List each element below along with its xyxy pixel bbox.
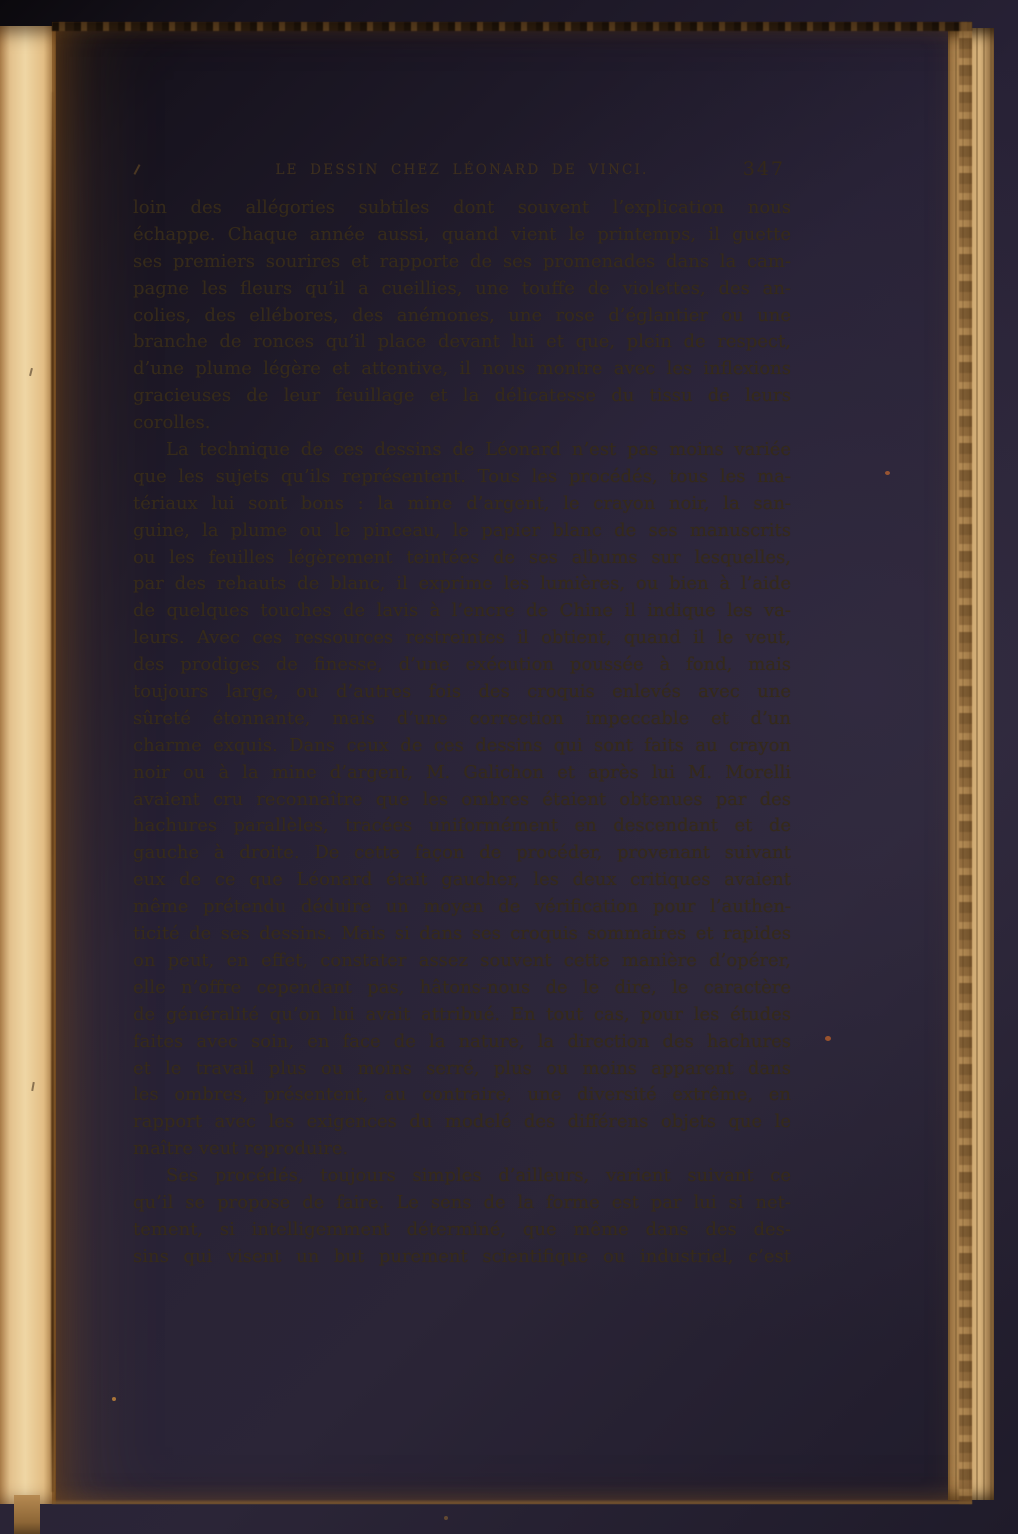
text-line: branche de ronces qu’il place devant lui…	[133, 329, 791, 356]
text-line: leurs. Avec ces ressources restreintes i…	[133, 625, 791, 652]
text-line: toujours large, ou d’autres fois des cro…	[133, 679, 791, 706]
text-line: par des rehauts de blanc, il exprime les…	[133, 571, 791, 598]
running-head: LE DESSIN CHEZ LÉONARD DE VINCI. 347	[133, 158, 791, 184]
text-line: d’une plume légère et attentive, il nous…	[133, 356, 791, 383]
text-line: et le travail plus ou moins serré, plus …	[133, 1056, 791, 1083]
text-line: les ombres, présentent, au contraire, un…	[133, 1082, 791, 1109]
text-line: que les sujets qu’ils représentent. Tous…	[133, 464, 791, 491]
page-top-edge	[52, 22, 972, 31]
text-line: La technique de ces dessins de Léonard n…	[133, 437, 791, 464]
text-line: loin des allégories subtiles dont souven…	[133, 195, 791, 222]
text-line: guine, la plume ou le pinceau, le papier…	[133, 518, 791, 545]
body-text: loin des allégories subtiles dont souven…	[133, 195, 791, 1271]
running-head-title: LE DESSIN CHEZ LÉONARD DE VINCI.	[133, 162, 791, 178]
text-line: sûreté étonnante, mais d’une correction …	[133, 706, 791, 733]
page-number: 347	[743, 158, 785, 180]
previous-page-corner-sliver	[14, 1495, 40, 1534]
text-line: faites avec soin, en face de la nature, …	[133, 1029, 791, 1056]
gutter-crease	[51, 92, 54, 1492]
text-line: elle n’offre cependant pas, hâtons-nous …	[133, 975, 791, 1002]
paper-speck	[112, 1397, 116, 1401]
text-line: Ses procédés, toujours simples d’ailleur…	[133, 1163, 791, 1190]
page-bottom-edge	[52, 1500, 972, 1504]
text-line: de quelques touches de lavis à l’encre d…	[133, 598, 791, 625]
text-line: avaient cru reconnaître que les ombres é…	[133, 787, 791, 814]
text-line: hachures parallèles, tracées uniformémen…	[133, 813, 791, 840]
paper-speck	[444, 1516, 448, 1520]
text-line: pagne les fleurs qu’il a cueillies, une …	[133, 276, 791, 303]
text-line: on peut, en effet, constater assez souve…	[133, 948, 791, 975]
text-line: échappe. Chaque année aussi, quand vient…	[133, 222, 791, 249]
text-line: gauche à droite. De cette façon de procé…	[133, 840, 791, 867]
text-line: tériaux lui sont bons : la mine d’argent…	[133, 491, 791, 518]
text-line: même prétendu déduire un moyen de vérifi…	[133, 894, 791, 921]
text-line: rapport avec les exigences du modelé des…	[133, 1109, 791, 1136]
text-line: gracieuses de leur feuillage et la délic…	[133, 383, 791, 410]
text-line: ou les feuilles légèrement teintées de s…	[133, 545, 791, 572]
text-line: corolles.	[133, 410, 791, 437]
paper-speck	[885, 471, 890, 475]
text-line: ses premiers sourires et rapporte de ses…	[133, 249, 791, 276]
text-line: des prodiges de finesse, d’une exécution…	[133, 652, 791, 679]
text-line: maître veut reproduire.	[133, 1136, 791, 1163]
text-line: de généralité qu’on lui avait attribué. …	[133, 1002, 791, 1029]
paper-speck	[825, 1036, 831, 1041]
text-line: colies, des ellébores, des anémones, une…	[133, 303, 791, 330]
text-line: qu’il se propose de faire. Le sens de la…	[133, 1190, 791, 1217]
text-line: sins qui visent un but purement scientif…	[133, 1244, 791, 1271]
text-line: charme exquis. Dans ceux de ces dessins …	[133, 733, 791, 760]
text-line: eux de ce que Léonard était gaucher, les…	[133, 867, 791, 894]
text-line: ticité de ses dessins. Mais si dans ses …	[133, 921, 791, 948]
text-line: noir ou à la mine d’argent, M. Galichon …	[133, 760, 791, 787]
previous-page-edge-strip	[0, 26, 56, 1504]
book-page: LE DESSIN CHEZ LÉONARD DE VINCI. 347 loi…	[52, 22, 972, 1504]
text-line: tement, si intelligemment déterminé, que…	[133, 1217, 791, 1244]
page-deckled-right-edge	[959, 22, 972, 1504]
